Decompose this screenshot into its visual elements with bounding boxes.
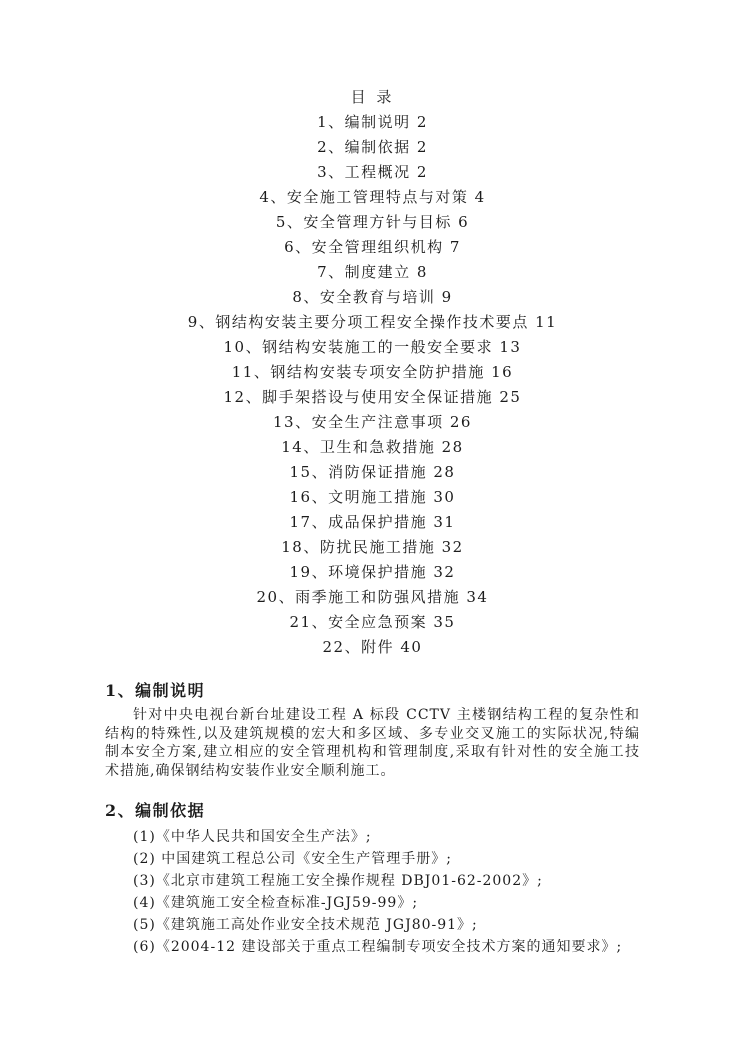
toc-item-1: 1、编制说明 2 <box>105 110 640 135</box>
toc-item-13: 13、安全生产注意事项 26 <box>105 410 640 435</box>
toc-item-18: 18、防扰民施工措施 32 <box>105 535 640 560</box>
toc-item-3: 3、工程概况 2 <box>105 160 640 185</box>
section-compilation-notes: 1、编制说明 针对中央电视台新台址建设工程 A 标段 CCTV 主楼钢结构工程的… <box>105 680 640 780</box>
toc-item-10: 10、钢结构安装施工的一般安全要求 13 <box>105 335 640 360</box>
toc-item-11: 11、钢结构安装专项安全防护措施 16 <box>105 360 640 385</box>
reference-item-2: (2) 中国建筑工程总公司《安全生产管理手册》; <box>105 848 640 870</box>
document-content: 目 录 1、编制说明 2 2、编制依据 2 3、工程概况 2 4、安全施工管理特… <box>0 0 744 958</box>
reference-item-5: (5)《建筑施工高处作业安全技术规范 JGJ80-91》; <box>105 914 640 936</box>
toc-title: 目 录 <box>105 85 640 110</box>
toc-item-16: 16、文明施工措施 30 <box>105 485 640 510</box>
toc-item-6: 6、安全管理组织机构 7 <box>105 235 640 260</box>
toc-item-7: 7、制度建立 8 <box>105 260 640 285</box>
section-1-heading: 1、编制说明 <box>105 680 640 702</box>
toc-item-20: 20、雨季施工和防强风措施 34 <box>105 585 640 610</box>
document-page: 目 录 1、编制说明 2 2、编制依据 2 3、工程概况 2 4、安全施工管理特… <box>0 0 744 1052</box>
toc-item-9: 9、钢结构安装主要分项工程安全操作技术要点 11 <box>105 310 640 335</box>
toc-item-22: 22、附件 40 <box>105 635 640 660</box>
reference-list: (1)《中华人民共和国安全生产法》; (2) 中国建筑工程总公司《安全生产管理手… <box>105 826 640 958</box>
toc-item-17: 17、成品保护措施 31 <box>105 510 640 535</box>
toc-item-19: 19、环境保护措施 32 <box>105 560 640 585</box>
section-2-heading: 2、编制依据 <box>105 800 640 822</box>
section-1-paragraph: 针对中央电视台新台址建设工程 A 标段 CCTV 主楼钢结构工程的复杂性和结构的… <box>105 706 640 780</box>
toc-item-21: 21、安全应急预案 35 <box>105 610 640 635</box>
toc-item-2: 2、编制依据 2 <box>105 135 640 160</box>
table-of-contents: 目 录 1、编制说明 2 2、编制依据 2 3、工程概况 2 4、安全施工管理特… <box>105 85 640 660</box>
toc-item-12: 12、脚手架搭设与使用安全保证措施 25 <box>105 385 640 410</box>
toc-item-5: 5、安全管理方针与目标 6 <box>105 210 640 235</box>
reference-item-6: (6)《2004-12 建设部关于重点工程编制专项安全技术方案的通知要求》; <box>105 936 640 958</box>
reference-item-4: (4)《建筑施工安全检查标准-JGJ59-99》; <box>105 892 640 914</box>
toc-item-15: 15、消防保证措施 28 <box>105 460 640 485</box>
toc-item-4: 4、安全施工管理特点与对策 4 <box>105 185 640 210</box>
reference-item-1: (1)《中华人民共和国安全生产法》; <box>105 826 640 848</box>
toc-item-8: 8、安全教育与培训 9 <box>105 285 640 310</box>
reference-item-3: (3)《北京市建筑工程施工安全操作规程 DBJ01-62-2002》; <box>105 870 640 892</box>
toc-item-14: 14、卫生和急救措施 28 <box>105 435 640 460</box>
section-compilation-basis: 2、编制依据 (1)《中华人民共和国安全生产法》; (2) 中国建筑工程总公司《… <box>105 800 640 958</box>
